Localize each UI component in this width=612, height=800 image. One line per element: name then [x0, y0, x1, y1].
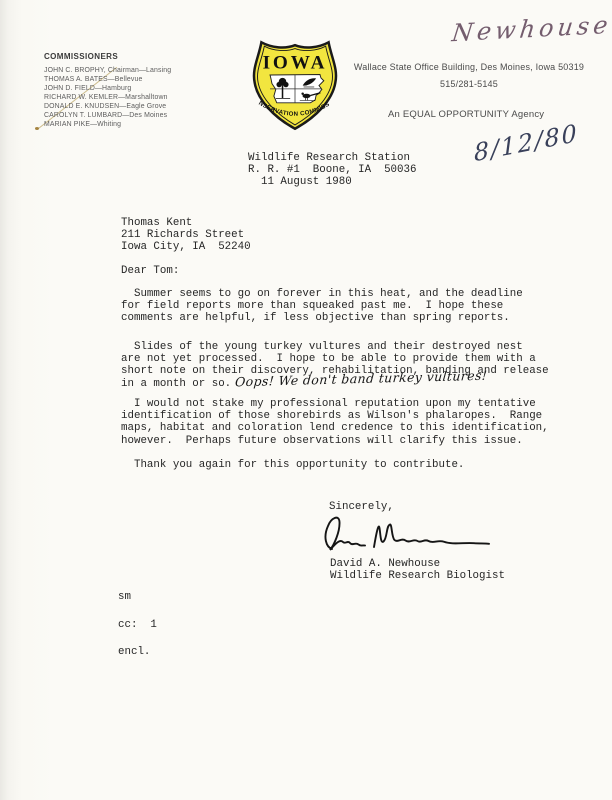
shield-icon: IOWA CONSERVATION COMMISSION [247, 37, 343, 136]
scratch-dot [35, 127, 39, 130]
office-phone: 515/281-5145 [350, 79, 588, 89]
paragraph-3: I would not stake my professional reputa… [121, 398, 549, 447]
commissioners-heading: COMMISSIONERS [44, 52, 171, 61]
commissioner-item: DONALD E. KNUDSEN—Eagle Grove [44, 102, 171, 111]
paragraph-1: Summer seems to go on forever in this he… [121, 288, 523, 325]
commissioners-list: JOHN C. BROPHY, Chairman—LansingTHOMAS A… [44, 66, 171, 129]
signer-name: David A. Newhouse [330, 558, 440, 570]
signer-title: Wildlife Research Biologist [330, 570, 505, 582]
paragraph-2: Slides of the young turkey vultures and … [121, 341, 549, 390]
equal-opportunity-line: An EQUAL OPPORTUNITY Agency [388, 109, 544, 120]
cc-line: cc: 1 [118, 619, 157, 631]
paragraph-4: Thank you again for this opportunity to … [121, 459, 464, 471]
logo-state-text: IOWA [263, 53, 328, 74]
commissioner-item: JOHN C. BROPHY, Chairman—Lansing [44, 66, 171, 75]
commissioners-block: COMMISSIONERS JOHN C. BROPHY, Chairman—L… [44, 52, 171, 129]
office-address: Wallace State Office Building, Des Moine… [350, 62, 588, 72]
sender-address-block: Wildlife Research Station R. R. #1 Boone… [248, 152, 416, 189]
enclosure-line: encl. [118, 646, 150, 658]
commissioner-item: THOMAS A. BATES—Bellevue [44, 75, 171, 84]
commissioner-item: JOHN D. FIELD—Hamburg [44, 84, 171, 93]
iowa-shield-logo: IOWA CONSERVATION COMMISSION [247, 37, 343, 136]
typist-initials: sm [118, 591, 131, 603]
commissioner-item: MARIAN PIKE—Whiting [44, 120, 171, 129]
handwritten-name: Newhouse [450, 11, 612, 48]
handwritten-date: 8/12/80 [473, 119, 579, 168]
letter-scan: COMMISSIONERS JOHN C. BROPHY, Chairman—L… [0, 0, 612, 800]
signature-scribble-icon [318, 509, 493, 561]
commissioner-item: CAROLYN T. LUMBARD—Des Moines [44, 111, 171, 120]
commissioner-item: RICHARD W. KEMLER—Marshalltown [44, 93, 171, 102]
salutation: Dear Tom: [121, 265, 179, 277]
recipient-address-block: Thomas Kent 211 Richards Street Iowa Cit… [121, 217, 251, 254]
